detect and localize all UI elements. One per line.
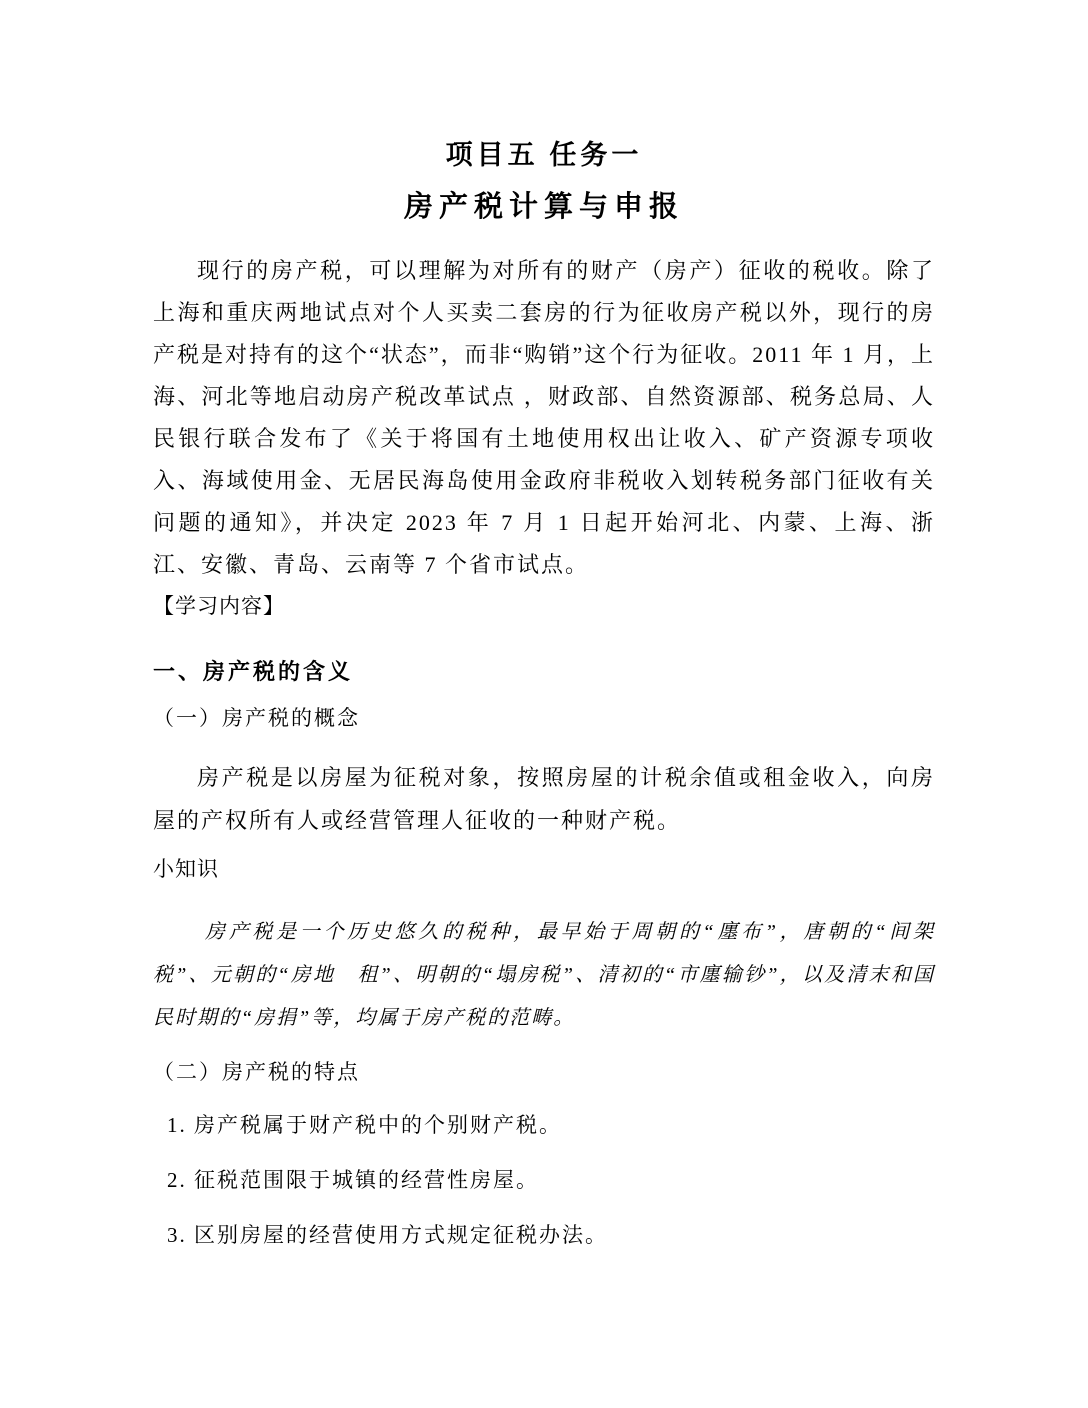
feature-item-2: 2. 征税范围限于城镇的经营性房屋。 — [167, 1159, 935, 1201]
doc-title-line1: 项目五 任务一 — [153, 134, 935, 176]
feature-item-1: 1. 房产税属于财产税中的个别财产税。 — [167, 1104, 935, 1146]
section-heading-meaning: 一、房产税的含义 — [153, 651, 935, 693]
learning-content-label: 【学习内容】 — [153, 586, 935, 628]
concept-paragraph: 房产税是以房屋为征税对象，按照房屋的计税余值或租金收入，向房屋的产权所有人或经营… — [153, 756, 935, 842]
subsection-heading-concept: （一）房产税的概念 — [153, 697, 935, 739]
tip-paragraph: 房产税是一个历史悠久的税种，最早始于周朝的“廛布”，唐朝的“间架税”、元朝的“房… — [153, 911, 935, 1040]
subsection-heading-features: （二）房产税的特点 — [153, 1051, 935, 1093]
intro-paragraph: 现行的房产税，可以理解为对所有的财产（房产）征收的税收。除了上海和重庆两地试点对… — [153, 250, 935, 586]
tip-label: 小知识 — [153, 849, 935, 891]
doc-title-line2: 房产税计算与申报 — [153, 186, 935, 228]
feature-item-3: 3. 区别房屋的经营使用方式规定征税办法。 — [167, 1214, 935, 1256]
document-page: 项目五 任务一 房产税计算与申报 现行的房产税，可以理解为对所有的财产（房产）征… — [0, 0, 1088, 1408]
